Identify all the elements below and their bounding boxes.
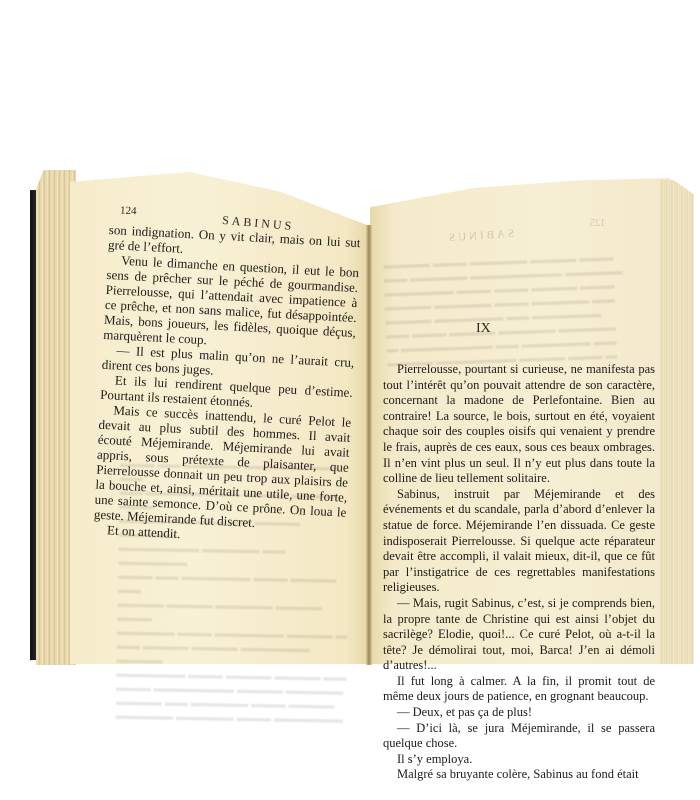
paragraph: Malgré sa bruyante colère, Sabinus au fo… <box>383 767 655 783</box>
right-page-edges <box>660 180 694 664</box>
paragraph: Il s’y employa. <box>383 752 655 768</box>
show-through-text-right: ▬▬▬▬ ▬▬▬ ▬▬▬▬▬ ▬▬▬▬ ▬▬▬ ▬▬ ▬▬▬▬▬ ▬▬▬▬▬▬▬… <box>383 235 657 370</box>
open-book: ▬▬▬ ▬▬ ▬▬▬▬▬ ▬▬▬ ▬▬▬▬▬ ▬▬ ▬▬ ▬▬▬▬▬ ▬▬▬ ▬… <box>0 0 700 800</box>
paragraph: Mais ce succès inattendu, le curé Pelot … <box>94 402 352 535</box>
paragraph: — D’ici là, se jura Méjemirande, il se p… <box>383 721 655 752</box>
book-gutter <box>366 225 372 665</box>
right-page-text: Pierrelousse, pourtant si curieuse, ne m… <box>383 362 655 783</box>
paragraph: Venu le dimanche en question, il eut le … <box>103 252 359 355</box>
chapter-heading: IX <box>476 321 491 337</box>
paragraph: — Mais, rugit Sabinus, c’est, si je comp… <box>383 596 655 674</box>
paragraph: — Deux, et pas ça de plus! <box>383 705 655 721</box>
paragraph: Il fut long à calmer. A la fin, il promi… <box>383 674 655 705</box>
left-page-text: son indignation. On y vit clair, mais on… <box>93 208 362 550</box>
show-through-page-number: 125 <box>590 218 605 229</box>
paragraph: Pierrelousse, pourtant si curieuse, ne m… <box>383 362 655 487</box>
paragraph: Sabinus, instruit par Méjemirande et des… <box>383 487 655 596</box>
